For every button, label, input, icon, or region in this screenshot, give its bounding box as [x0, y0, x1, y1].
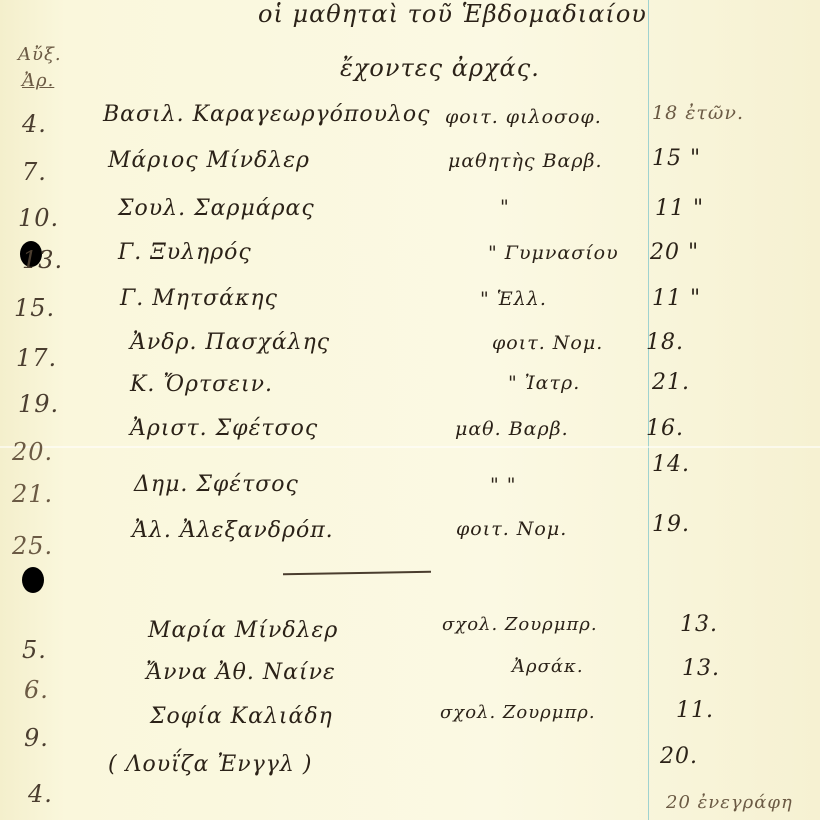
row-name: Γ. Μητσάκης	[120, 286, 278, 311]
row-age: 14.	[652, 452, 690, 477]
row-number: 6.	[24, 676, 49, 704]
row-number: 17.	[16, 344, 57, 372]
row-name: Ἀλ. Ἀλεξανδρόπ.	[132, 518, 334, 543]
row-age: 19.	[652, 512, 690, 537]
row-role: μαθητὴς Βαρβ.	[448, 150, 603, 172]
header-subtitle: ἔχοντες ἀρχάς.	[340, 54, 540, 82]
row-name: Σουλ. Σαρμάρας	[118, 196, 315, 221]
row-name: Βασιλ. Καραγεωργόπουλος	[103, 102, 431, 127]
row-name: ( Λουΐζα Ἐνγγλ )	[108, 752, 312, 777]
row-number: 21.	[12, 480, 53, 508]
row-role: σχολ. Ζουρμπρ.	[440, 702, 596, 723]
row-name: Δημ. Σφέτσος	[134, 472, 299, 497]
row-age: 16.	[646, 416, 684, 441]
row-role: " "	[490, 474, 517, 496]
column-label-bottom: Ἀρ.	[22, 70, 54, 91]
header-title: οἱ μαθηταὶ τοῦ Ἑβδομαδιαίου	[258, 0, 647, 28]
row-role: " Ἰατρ.	[508, 372, 580, 394]
row-role: φοιτ. φιλοσοφ.	[445, 106, 602, 128]
row-name: Σοφία Καλιάδη	[150, 704, 333, 729]
row-number: 20.	[12, 438, 53, 466]
row-number: 19.	[18, 390, 59, 418]
row-age: 20 "	[650, 240, 699, 265]
punch-hole-bottom	[22, 567, 44, 593]
row-name: Μαρία Μίνδλερ	[148, 618, 338, 643]
paper-fold	[0, 446, 820, 448]
row-name: Κ. Ὄρτσειν.	[130, 372, 273, 397]
row-age: 11.	[676, 698, 714, 723]
footer-note: 20 ἐνεγράφη	[666, 792, 793, 813]
row-age: 18.	[646, 330, 684, 355]
row-name: Ἄννα Ἀθ. Ναίνε	[146, 660, 336, 685]
row-role: " Ἑλλ.	[480, 288, 547, 310]
row-role: φοιτ. Νομ.	[456, 518, 567, 540]
row-number: 7.	[22, 158, 47, 186]
row-role: φοιτ. Νομ.	[492, 332, 603, 354]
row-name: Ἀριστ. Σφέτσος	[130, 416, 318, 441]
row-age: 18 ἐτῶν.	[652, 102, 744, 124]
row-age: 11 "	[655, 196, 704, 221]
manuscript-page: οἱ μαθηταὶ τοῦ Ἑβδομαδιαίου ἔχοντες ἀρχά…	[0, 0, 820, 820]
row-number: 15.	[14, 294, 55, 322]
row-number: 25.	[12, 532, 53, 560]
row-number: 5.	[22, 636, 47, 664]
row-age: 13.	[680, 612, 718, 637]
row-role: " Γυμνασίου	[488, 242, 619, 264]
row-number: 10.	[18, 204, 59, 232]
section-divider	[283, 571, 431, 576]
row-name: Ἀνδρ. Πασχάλης	[130, 330, 330, 355]
row-role: μαθ. Βαρβ.	[455, 418, 569, 440]
row-number: 4.	[22, 110, 47, 138]
row-age: 20.	[660, 744, 698, 769]
row-age: 15 "	[652, 146, 701, 171]
row-name: Γ. Ξυληρός	[118, 240, 252, 265]
row-age: 11 "	[652, 286, 701, 311]
row-role: Ἀρσάκ.	[512, 656, 584, 677]
row-name: Μάριος Μίνδλερ	[108, 148, 310, 173]
margin-line	[648, 0, 649, 820]
row-role: "	[500, 196, 510, 218]
row-role: σχολ. Ζουρμπρ.	[442, 614, 598, 635]
column-label-top: Αὔξ.	[18, 44, 62, 65]
row-number: 9.	[24, 724, 49, 752]
row-number: 13.	[22, 246, 63, 274]
row-age: 13.	[682, 656, 720, 681]
row-number: 4.	[28, 780, 53, 808]
row-age: 21.	[652, 370, 690, 395]
